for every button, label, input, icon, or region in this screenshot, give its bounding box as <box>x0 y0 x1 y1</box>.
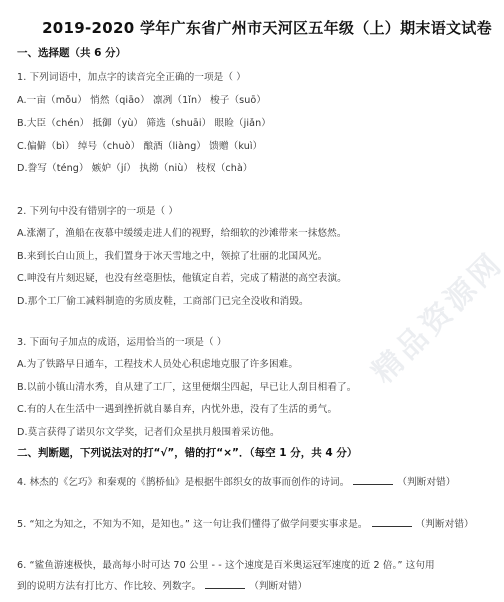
question-4-answer-blank[interactable] <box>353 474 393 485</box>
question-2-option-a: A.涨潮了，渔船在夜慕中缓缓走进人们的视野，给细软的沙滩带来一抹悠然。 <box>17 227 347 241</box>
question-1-option-d: D.誊写（téng） 嫉妒（jí） 执拗（niù） 枝杈（chà） <box>17 162 253 176</box>
section-header-choice: 一、选择题（共 6 分） <box>17 45 126 60</box>
question-6-line-1: 6. “鲨鱼游速极快，最高每小时可达 70 公里 - - 这个速度是百米奥运冠军… <box>17 559 435 573</box>
question-4-suffix: （判断对错） <box>397 477 455 488</box>
question-3-option-d: D.莫言获得了诺贝尔文学奖，记者们众星拱月般围着采访他。 <box>17 426 280 440</box>
question-6-suffix: （判断对错） <box>249 581 307 592</box>
exam-page: 精品资源网 2019-2020 学年广东省广州市天河区五年级（上）期末语文试卷 … <box>0 0 504 602</box>
question-6-answer-blank[interactable] <box>205 578 245 589</box>
question-5-suffix: （判断对错） <box>416 519 474 530</box>
question-5-answer-blank[interactable] <box>372 516 412 527</box>
watermark: 精品资源网 <box>360 240 500 380</box>
question-3-stem: 3. 下面句子加点的成语，运用恰当的一项是（ ） <box>17 336 227 350</box>
section-header-judgment: 二、判断题，下列说法对的打“√”，错的打“×”．（每空 1 分，共 4 分） <box>17 445 357 460</box>
question-6-stem-line-2: 到的说明方法有打比方、作比较、列数字。 <box>17 581 201 592</box>
question-3-option-c: C.有的人在生活中一遇到挫折就自暴自弃，内忧外患，没有了生活的勇气。 <box>17 403 337 417</box>
document-title: 2019-2020 学年广东省广州市天河区五年级（上）期末语文试卷 <box>0 17 504 38</box>
question-1-option-a: A.一亩（mǒu） 悄然（qiāo） 凛冽（1ǐn） 梭子（suō） <box>17 94 266 108</box>
question-1-stem: 1. 下列词语中，加点字的读音完全正确的一项是（ ） <box>17 71 246 85</box>
question-2-stem: 2. 下列句中没有错别字的一项是（ ） <box>17 205 178 219</box>
question-3-option-b: B.以前小镇山清水秀，自从建了工厂，这里便烟尘四起，早已让人刮目相看了。 <box>17 381 356 395</box>
question-6-line-2: 到的说明方法有打比方、作比较、列数字。（判断对错） <box>17 578 307 594</box>
question-3-option-a: A.为了铁路早日通车，工程技术人员处心积虑地克服了许多困难。 <box>17 358 298 372</box>
question-2-option-c: C.呻没有片刻迟疑，也没有丝毫胆怯，他镇定自若，完成了精湛的高空表演。 <box>17 272 347 286</box>
question-1-option-b: B.大臣（chén） 抵御（yù） 筛选（shuāi） 眼睑（jiǎn） <box>17 117 271 131</box>
question-2-option-b: B.来到长白山顶上，我们置身于冰天雪地之中，领掠了壮丽的北国风光。 <box>17 250 327 264</box>
question-5-stem: 5. “知之为知之，不知为不知，是知也。” 这一句让我们懂得了做学问要实事求是。 <box>17 519 368 530</box>
question-5: 5. “知之为知之，不知为不知，是知也。” 这一句让我们懂得了做学问要实事求是。… <box>17 516 474 532</box>
question-4-stem: 4. 林杰的《乞巧》和秦观的《鹊桥仙》是根据牛郎织女的故事而创作的诗词。 <box>17 477 349 488</box>
question-1-option-c: C.偏僻（bì） 绰号（chuò） 酿酒（liàng） 馈赠（kuì） <box>17 140 262 154</box>
question-4: 4. 林杰的《乞巧》和秦观的《鹊桥仙》是根据牛郎织女的故事而创作的诗词。（判断对… <box>17 474 456 490</box>
question-2-option-d: D.那个工厂偷工减料制造的劣质皮鞋，工商部门已完全没收和消毁。 <box>17 295 309 309</box>
